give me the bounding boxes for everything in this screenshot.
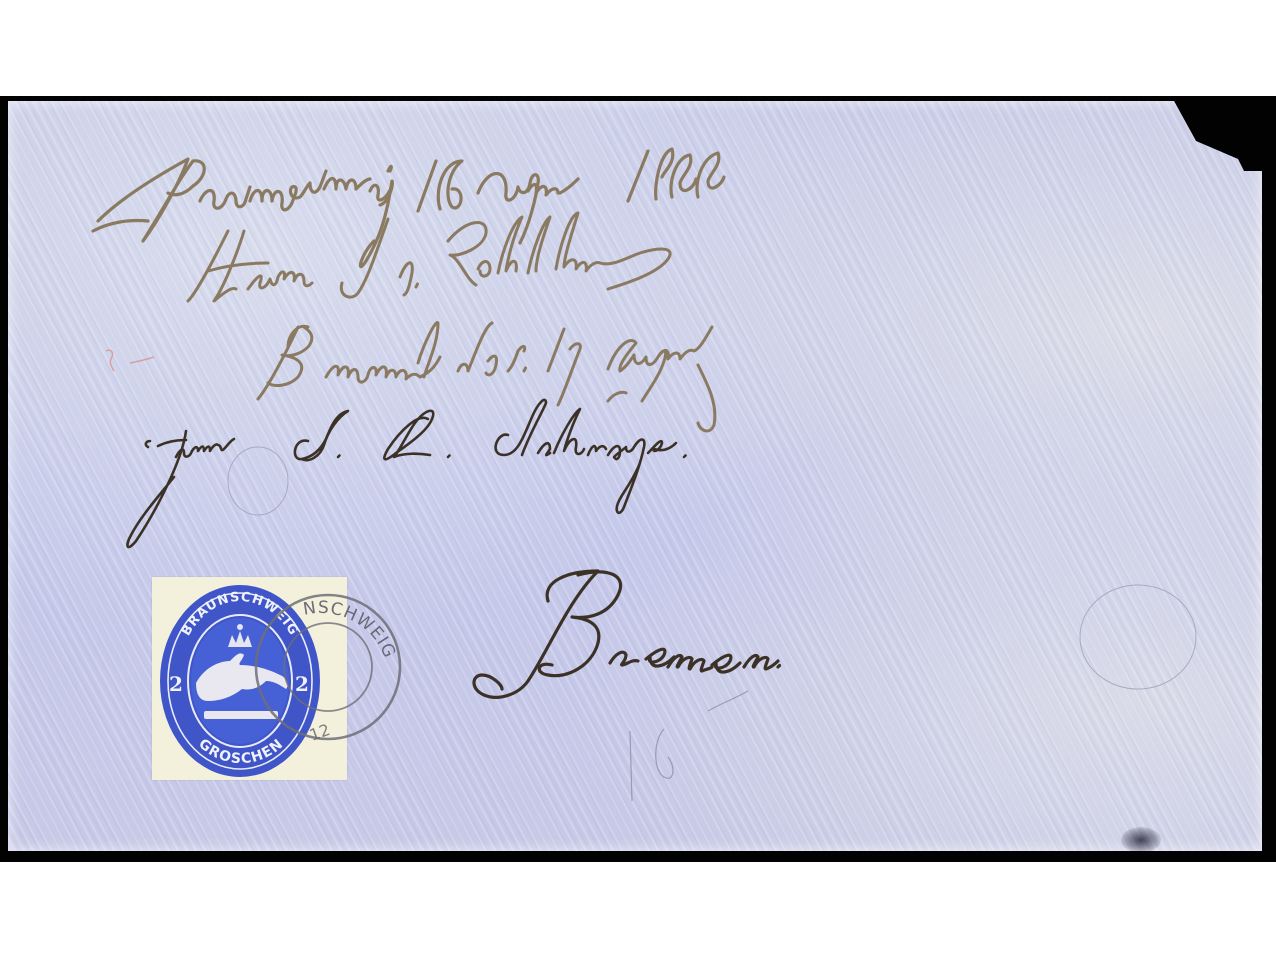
postmark-time: 12 — [307, 720, 333, 745]
sender-line-1-ink — [93, 149, 724, 267]
ink-smudge — [1121, 827, 1161, 853]
destination-ink — [474, 571, 780, 697]
postmark-cancel: NSCHWEIG 12 — [246, 581, 416, 751]
sender-line-3-ink — [258, 323, 715, 431]
pencil-note-mark — [630, 691, 748, 801]
addressee-line-ink — [128, 400, 686, 547]
red-pencil-mark — [106, 350, 154, 371]
sender-line-2-ink — [188, 213, 670, 301]
stamp-value-left: 2 — [169, 672, 183, 696]
envelope: Braunschweig 16 August 1866 Herrn H. Roh… — [8, 101, 1262, 851]
